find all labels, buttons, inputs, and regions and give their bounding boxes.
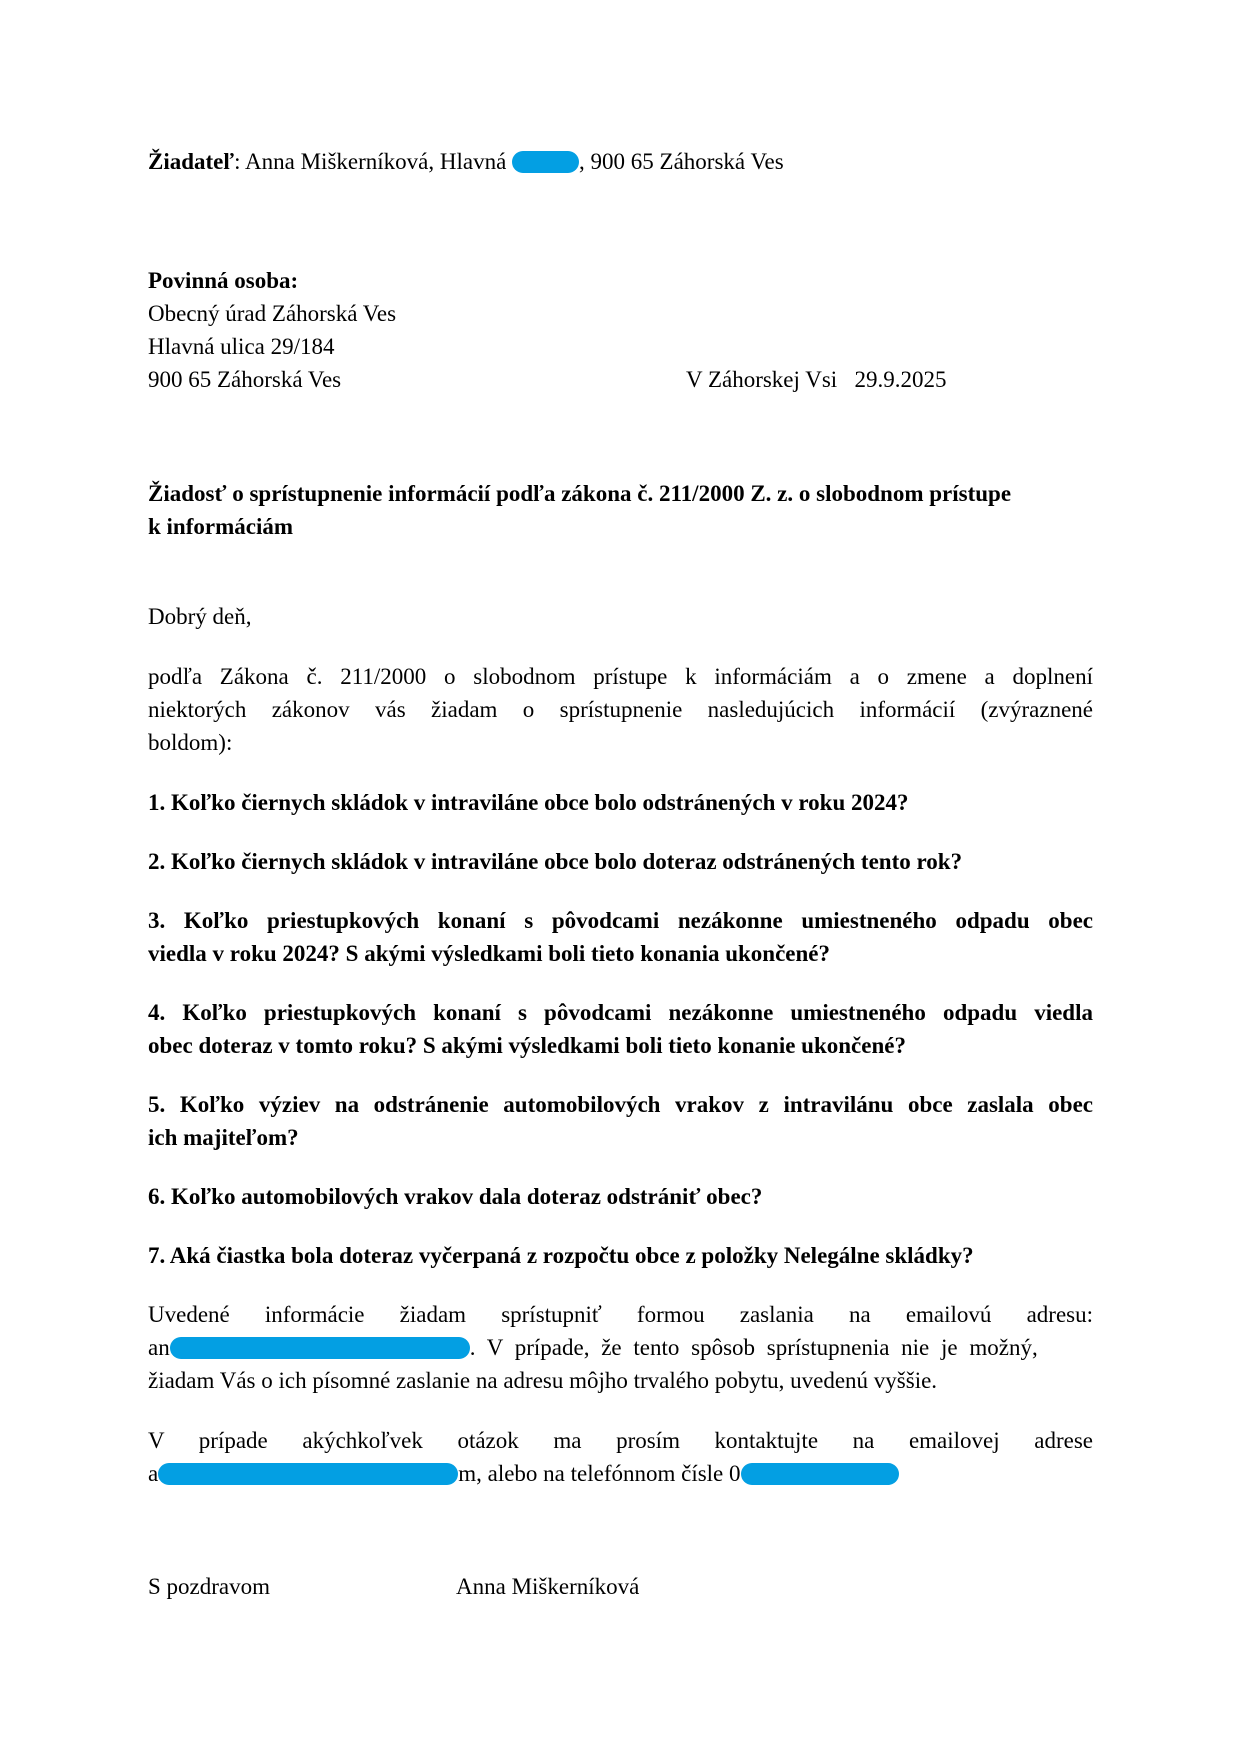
question-7: 7. Aká čiastka bola doteraz vyčerpaná z … [148, 1239, 974, 1273]
recipient-label: Povinná osoba: [148, 264, 298, 298]
greeting: Dobrý deň, [148, 600, 251, 634]
closing: S pozdravom [148, 1570, 270, 1604]
subject-line-1: Žiadosť o sprístupnenie informácií podľa… [148, 477, 1011, 511]
signature: Anna Miškerníková [456, 1570, 639, 1604]
applicant-line: Žiadateľ: Anna Miškerníková, Hlavná , 90… [148, 145, 784, 179]
intro-line-1: podľa Zákona č. 211/2000 o slobodnom prí… [148, 660, 1093, 694]
question-4-line-1: 4. Koľko priestupkových konaní s pôvodca… [148, 996, 1093, 1030]
question-2: 2. Koľko čiernych skládok v intraviláne … [148, 845, 962, 879]
delivery-line-2-text: . V prípade, že tento spôsob sprístupnen… [470, 1335, 1038, 1360]
question-3-line-2: viedla v roku 2024? S akými výsledkami b… [148, 937, 830, 971]
question-1: 1. Koľko čiernych skládok v intraviláne … [148, 786, 908, 820]
applicant-label: Žiadateľ [148, 149, 234, 174]
contact-line-1: V prípade akýchkoľvek otázok ma prosím k… [148, 1424, 1093, 1458]
applicant-text-after: , 900 65 Záhorská Ves [579, 149, 784, 174]
recipient-line-1: Obecný úrad Záhorská Ves [148, 297, 396, 331]
delivery-line-3: žiadam Vás o ich písomné zaslanie na adr… [148, 1364, 937, 1398]
delivery-line-2: an. V prípade, že tento spôsob sprístupn… [148, 1331, 1038, 1365]
intro-line-2: niektorých zákonov vás žiadam o sprístup… [148, 693, 1093, 727]
contact-line-2-text: m, alebo na telefónnom čísle 0 [458, 1461, 740, 1486]
redacted-house-number [512, 151, 579, 173]
intro-line-3: boldom): [148, 726, 232, 760]
contact-line-2: am, alebo na telefónnom čísle 0 [148, 1457, 899, 1491]
contact-email-prefix: a [148, 1461, 158, 1486]
question-3-line-1: 3. Koľko priestupkových konaní s pôvodca… [148, 904, 1093, 938]
recipient-line-3: 900 65 Záhorská Ves [148, 363, 341, 397]
redacted-contact-email [158, 1463, 458, 1485]
question-6: 6. Koľko automobilových vrakov dala dote… [148, 1180, 762, 1214]
question-5-line-2: ich majiteľom? [148, 1121, 299, 1155]
place-date: V Záhorskej Vsi 29.9.2025 [686, 363, 946, 397]
delivery-line-1: Uvedené informácie žiadam sprístupniť fo… [148, 1298, 1093, 1332]
redacted-phone-number [741, 1463, 899, 1485]
email-prefix: an [148, 1335, 170, 1360]
document-page: Žiadateľ: Anna Miškerníková, Hlavná , 90… [0, 0, 1241, 1755]
applicant-text-before: : Anna Miškerníková, Hlavná [234, 149, 512, 174]
question-5-line-1: 5. Koľko výziev na odstránenie automobil… [148, 1088, 1093, 1122]
subject-line-2: k informáciám [148, 510, 293, 544]
redacted-email [170, 1337, 470, 1359]
recipient-line-2: Hlavná ulica 29/184 [148, 330, 335, 364]
question-4-line-2: obec doteraz v tomto roku? S akými výsle… [148, 1029, 906, 1063]
